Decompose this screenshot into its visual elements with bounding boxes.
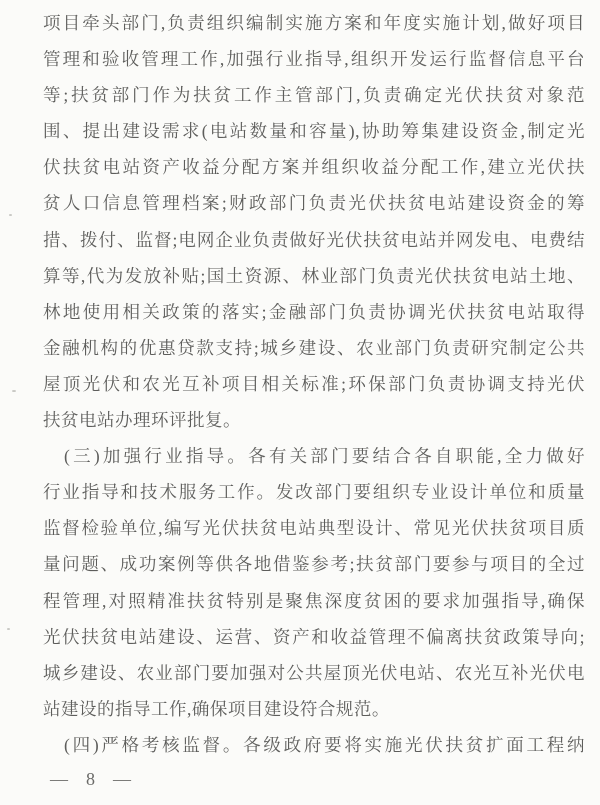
page-number-footer: — 8 — — [50, 766, 134, 792]
text-line: 站建设的指导工作,确保项目建设符合规范。 — [43, 691, 585, 727]
text-line: 城乡建设、农业部门要加强对公共屋顶光伏电站、农光互补光伏电 — [43, 655, 585, 691]
text-line: 光伏扶贫电站建设、运营、资产和收益管理不偏离扶贫政策导向; — [43, 619, 585, 655]
text-line: 措、拨付、监督;电网企业负责做好光伏扶贫电站并网发电、电费结 — [43, 222, 585, 258]
text-line: (四)严格考核监督。各级政府要将实施光伏扶贫扩面工程纳 — [43, 727, 585, 763]
text-line: 围、提出建设需求(电站数量和容量),协助筹集建设资金,制定光 — [43, 113, 585, 149]
text-line: 算等,代为发放补贴;国土资源、林业部门负责光伏扶贫电站土地、 — [43, 258, 585, 294]
document-text-block: 项目牵头部门,负责组织编制实施方案和年度实施计划,做好项目管理和验收管理工作,加… — [43, 5, 585, 763]
text-line: 监督检验单位,编写光伏扶贫电站典型设计、常见光伏扶贫项目质 — [43, 510, 585, 546]
text-line: (三)加强行业指导。各有关部门要结合各自职能,全力做好 — [43, 438, 585, 474]
text-line: 屋顶光伏和农光互补项目相关标准;环保部门负责协调支持光伏 — [43, 366, 585, 402]
text-line: 扶贫电站办理环评批复。 — [43, 402, 585, 438]
text-line: 贫人口信息管理档案;财政部门负责光伏扶贫电站建设资金的筹 — [43, 185, 585, 221]
scan-speck — [9, 214, 12, 216]
document-page: 项目牵头部门,负责组织编制实施方案和年度实施计划,做好项目管理和验收管理工作,加… — [0, 0, 600, 805]
text-line: 量问题、成功案例等供各地借鉴参考;扶贫部门要参与项目的全过 — [43, 546, 585, 582]
text-line: 等;扶贫部门作为扶贫工作主管部门,负责确定光伏扶贫对象范 — [43, 77, 585, 113]
text-line: 行业指导和技术服务工作。发改部门要组织专业设计单位和质量 — [43, 474, 585, 510]
text-line: 程管理,对照精准扶贫特别是聚焦深度贫困的要求加强指导,确保 — [43, 583, 585, 619]
text-line: 项目牵头部门,负责组织编制实施方案和年度实施计划,做好项目 — [43, 5, 585, 41]
text-line: 伏扶贫电站资产收益分配方案并组织收益分配工作,建立光伏扶 — [43, 149, 585, 185]
text-line: 管理和验收管理工作,加强行业指导,组织开发运行监督信息平台 — [43, 41, 585, 77]
scan-speck — [7, 628, 10, 630]
text-line: 金融机构的优惠贷款支持;城乡建设、农业部门负责研究制定公共 — [43, 330, 585, 366]
text-line: 林地使用相关政策的落实;金融部门负责协调光伏扶贫电站取得 — [43, 294, 585, 330]
scan-speck — [12, 390, 16, 392]
